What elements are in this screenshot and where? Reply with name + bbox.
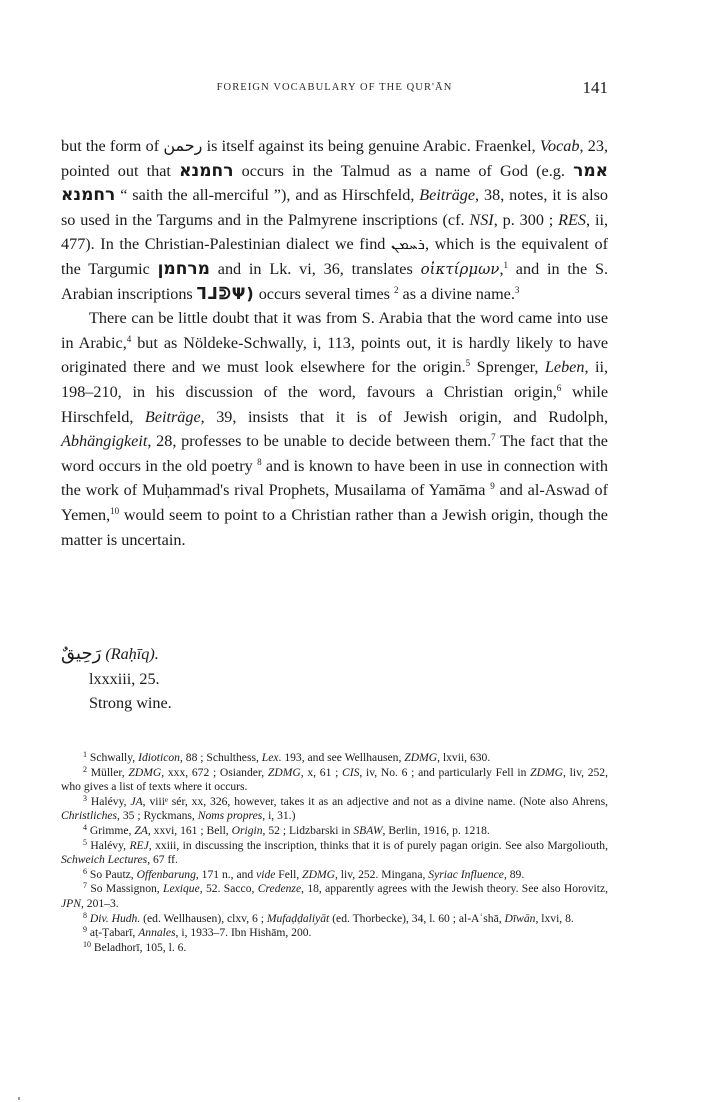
footnote-text: Schwally, bbox=[90, 751, 138, 764]
citation-title: Noms propres bbox=[198, 809, 263, 822]
footnotes: 1 Schwally, Idioticon, 88 ; Schulthess, … bbox=[61, 751, 608, 955]
footnote-text: Grimme, bbox=[90, 824, 134, 837]
text: Sprenger, bbox=[470, 358, 545, 376]
citation-title: ZDMG bbox=[128, 766, 161, 779]
footnote-number: 2 bbox=[83, 765, 87, 774]
footnote-text: , i, 1933–7. Ibn Hishām, 200. bbox=[176, 926, 312, 939]
footnote-10: 10 Beladhorī, 105, l. 6. bbox=[61, 941, 608, 956]
footnote-9: 9 aṭ-Ṭabarī, Annales, i, 1933–7. Ibn His… bbox=[61, 926, 608, 941]
citation-title: SBAW bbox=[353, 824, 382, 837]
citation-title: ZDMG bbox=[302, 868, 335, 881]
text: as a divine name. bbox=[398, 285, 514, 303]
footnote-text: , 171 n., and bbox=[196, 868, 256, 881]
footnote-number: 4 bbox=[83, 823, 87, 832]
text: , p. 300 ; bbox=[494, 211, 558, 229]
citation-title: ZDMG bbox=[268, 766, 301, 779]
citation-title: Origin bbox=[232, 824, 263, 837]
citation-title: Lexique bbox=[163, 882, 200, 895]
footnote-2: 2 Müller, ZDMG, xxx, 672 ; Osiander, ZDM… bbox=[61, 766, 608, 795]
entry-reference: lxxxiii, 25. bbox=[61, 667, 608, 692]
footnote-1: 1 Schwally, Idioticon, 88 ; Schulthess, … bbox=[61, 751, 608, 766]
hebrew-word-rahmana: רחמנא bbox=[179, 161, 233, 181]
footnote-text: , xxvi, 161 ; Bell, bbox=[148, 824, 232, 837]
citation-title: Christliches bbox=[61, 809, 117, 822]
text: but the form of bbox=[61, 137, 163, 155]
footnote-number: 5 bbox=[83, 838, 87, 847]
citation-title: vide bbox=[256, 868, 275, 881]
footnote-text: (ed. Wellhausen), clxv, 6 ; bbox=[140, 912, 267, 925]
footnote-text: , Berlin, 1916, p. 1218. bbox=[383, 824, 490, 837]
footnote-4: 4 Grimme, ZA, xxvi, 161 ; Bell, Origin, … bbox=[61, 824, 608, 839]
text: , 39, insists that it is of Jewish origi… bbox=[201, 408, 608, 426]
footnote-3: 3 Halévy, JA, viiiᵉ sér, xx, 326, howeve… bbox=[61, 795, 608, 824]
entry-meaning: Strong wine. bbox=[61, 691, 608, 716]
footnote-number: 9 bbox=[83, 925, 87, 934]
citation-title: ZDMG bbox=[530, 766, 563, 779]
citation-title: JPN bbox=[61, 897, 81, 910]
citation-title: ZA bbox=[134, 824, 148, 837]
text: is itself against its being genuine Arab… bbox=[202, 137, 540, 155]
footnote-number: 6 bbox=[83, 867, 87, 876]
syriac-word: ܪܚܡܢ bbox=[391, 235, 425, 253]
arabic-word-rahman: رحمن bbox=[163, 136, 202, 155]
footnote-text: , iv, No. 6 ; and particularly Fell in bbox=[359, 766, 530, 779]
citation-title: Vocab bbox=[540, 137, 580, 155]
footnote-text: . 193, and see Wellhausen, bbox=[279, 751, 405, 764]
footnote-number: 7 bbox=[83, 881, 87, 890]
footnote-text: aṭ-Ṭabarī, bbox=[90, 926, 138, 939]
document-page: FOREIGN VOCABULARY OF THE QUR'ĀN 141 but… bbox=[0, 0, 718, 1102]
citation-title: Syriac Influence bbox=[428, 868, 504, 881]
citation-title: ZDMG bbox=[404, 751, 437, 764]
footnote-number: 10 bbox=[83, 940, 91, 949]
vocabulary-entry-rahiq: رَحِيقٌ (Raḥīq). lxxxiii, 25. Strong win… bbox=[61, 642, 608, 716]
text: , 28, professes to be unable to decide b… bbox=[147, 432, 491, 450]
footnote-text: , x, 61 ; bbox=[301, 766, 342, 779]
footnote-text: , xxiii, in discussing the inscription, … bbox=[149, 839, 608, 852]
footnote-text: , 89. bbox=[504, 868, 524, 881]
citation-title: RES bbox=[558, 211, 586, 229]
running-title: FOREIGN VOCABULARY OF THE QUR'ĀN bbox=[61, 82, 608, 93]
text: and in Lk. vi, 36, translates bbox=[210, 260, 421, 278]
south-arabian-word: ᒣᒧᕲΨ) bbox=[197, 284, 255, 303]
footnote-text: , viiiᵉ sér, xx, 326, however, takes it … bbox=[143, 795, 608, 808]
footnote-text: Halévy, bbox=[90, 839, 129, 852]
text: “ saith the all-merciful ”), and as Hirs… bbox=[115, 186, 419, 204]
footnote-text: , 201–3. bbox=[81, 897, 119, 910]
footnote-text: , 52. Sacco, bbox=[200, 882, 258, 895]
footnote-7: 7 So Massignon, Lexique, 52. Sacco, Cred… bbox=[61, 882, 608, 911]
body-text: but the form of رحمن is itself against i… bbox=[61, 134, 608, 552]
footnote-text: So Massignon, bbox=[90, 882, 163, 895]
citation-title: Beiträge bbox=[145, 408, 201, 426]
citation-title: Abhängigkeit bbox=[61, 432, 147, 450]
paragraph-2: There can be little doubt that it was fr… bbox=[61, 306, 608, 552]
text: occurs in the Talmud as a name of God (e… bbox=[233, 162, 573, 180]
footnote-text: Halévy, bbox=[91, 795, 131, 808]
arabic-headword: رَحِيقٌ bbox=[61, 643, 101, 664]
paragraph-1: but the form of رحمن is itself against i… bbox=[61, 134, 608, 306]
footnote-text: , 18, apparently agrees with the Jewish … bbox=[301, 882, 608, 895]
citation-title: Credenze bbox=[258, 882, 301, 895]
citation-title: Offenbarung bbox=[137, 868, 196, 881]
footnote-text: , 67 ff. bbox=[147, 853, 178, 866]
citation-title: Mufaḍḍaliyāt bbox=[267, 912, 329, 925]
footnote-text: , 52 ; Lidzbarski in bbox=[263, 824, 354, 837]
text: occurs several times bbox=[255, 285, 394, 303]
citation-title: Leben bbox=[545, 358, 585, 376]
footnote-number: 1 bbox=[83, 750, 87, 759]
citation-title: CIS bbox=[342, 766, 359, 779]
citation-title: Schweich Lectures bbox=[61, 853, 147, 866]
footnote-8: 8 Div. Hudh. (ed. Wellhausen), clxv, 6 ;… bbox=[61, 912, 608, 927]
footnote-text: , 35 ; Ryckmans, bbox=[117, 809, 198, 822]
text: would seem to point to a Christian rathe… bbox=[61, 506, 608, 549]
footnote-number: 8 bbox=[83, 911, 87, 920]
footnote-text: , xxx, 672 ; Osiander, bbox=[161, 766, 268, 779]
page-number: 141 bbox=[583, 78, 609, 98]
footnote-text: , liv, 252. Mingana, bbox=[335, 868, 428, 881]
footnote-ref-10[interactable]: 10 bbox=[110, 506, 119, 516]
hebrew-word-merahman: מרחמן bbox=[158, 259, 210, 279]
footnote-number: 3 bbox=[83, 794, 87, 803]
footnote-ref-3[interactable]: 3 bbox=[515, 285, 520, 295]
page-header: FOREIGN VOCABULARY OF THE QUR'ĀN 141 bbox=[61, 78, 608, 98]
transliteration: (Raḥīq). bbox=[105, 645, 159, 663]
citation-title: Dīwān bbox=[505, 912, 536, 925]
citation-title: Annales bbox=[138, 926, 175, 939]
footnote-5: 5 Halévy, REJ, xxiii, in discussing the … bbox=[61, 839, 608, 868]
footnote-text: Beladhorī, 105, l. 6. bbox=[94, 941, 186, 954]
citation-title: Div. Hudh. bbox=[90, 912, 140, 925]
footnote-text: , lxvi, 8. bbox=[535, 912, 573, 925]
citation-title: Idioticon bbox=[138, 751, 180, 764]
citation-title: JA bbox=[130, 795, 142, 808]
footnote-text: So Pautz, bbox=[90, 868, 137, 881]
footnote-text: , i, 31.) bbox=[262, 809, 295, 822]
footnote-text: Fell, bbox=[275, 868, 302, 881]
entry-headword: رَحِيقٌ (Raḥīq). bbox=[61, 642, 608, 667]
footnote-text: Müller, bbox=[91, 766, 129, 779]
footnote-6: 6 So Pautz, Offenbarung, 171 n., and vid… bbox=[61, 868, 608, 883]
greek-word-oiktirmon: οἰκτίρμων bbox=[421, 260, 500, 278]
footnote-text: , lxvii, 630. bbox=[437, 751, 490, 764]
citation-title: Beiträge bbox=[419, 186, 475, 204]
citation-title: Lex bbox=[262, 751, 279, 764]
footnote-text: , 88 ; Schulthess, bbox=[180, 751, 262, 764]
scan-mark bbox=[18, 1097, 20, 1100]
footnote-text: (ed. Thorbecke), 34, l. 60 ; al-Aʿshā, bbox=[329, 912, 504, 925]
citation-title: REJ bbox=[129, 839, 148, 852]
citation-title: NSI bbox=[469, 211, 493, 229]
